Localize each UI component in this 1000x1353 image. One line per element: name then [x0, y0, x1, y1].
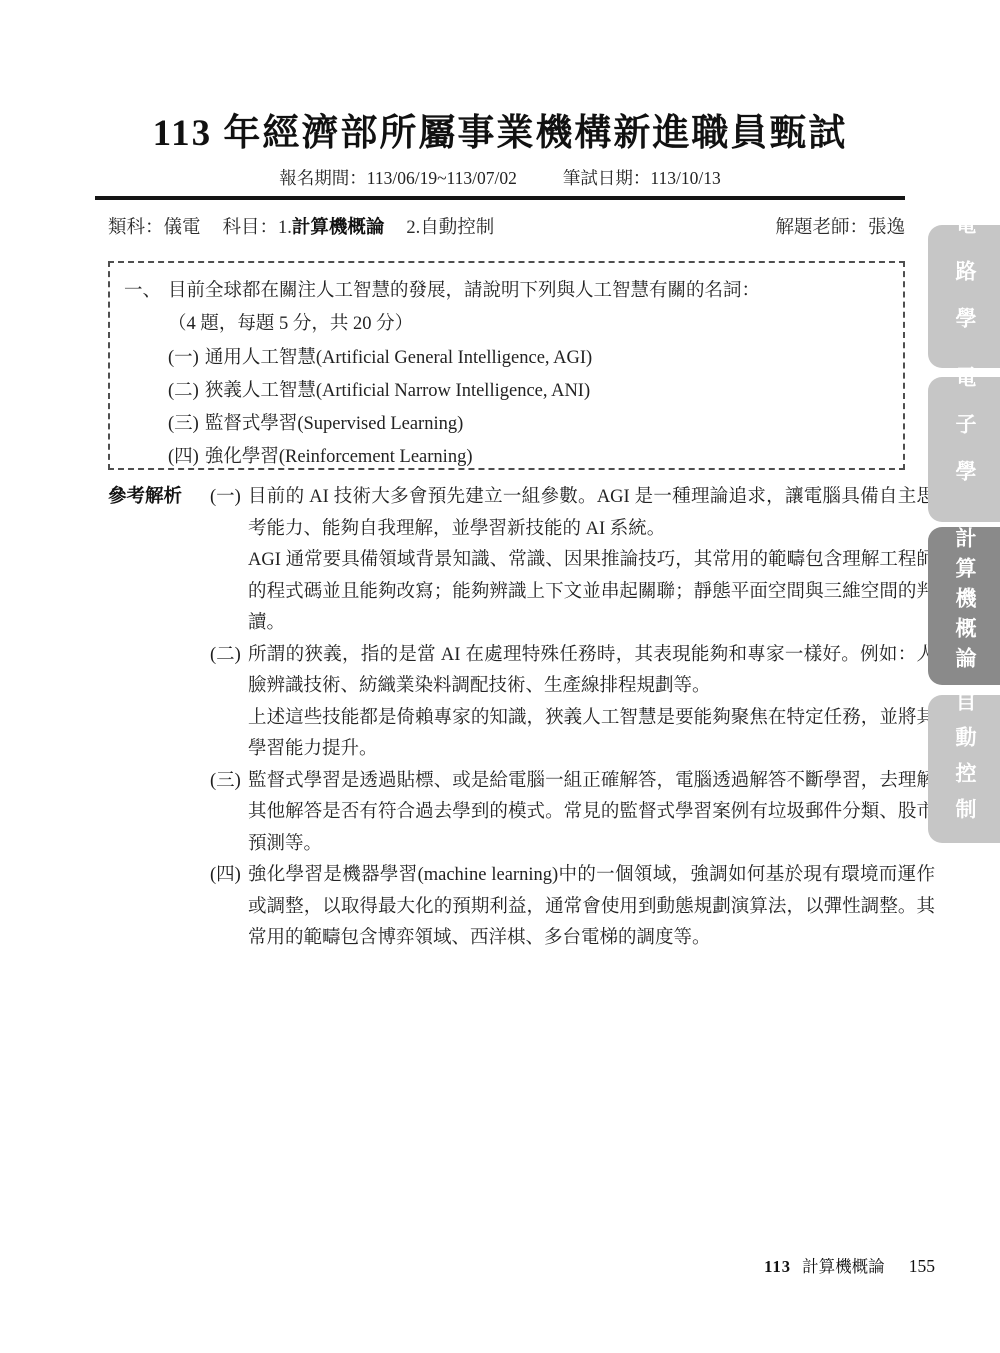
item-text: 監督式學習(Supervised Learning) — [205, 414, 463, 434]
tab-computer-science-active[interactable]: 計算機概論 — [928, 527, 1000, 685]
question-item: (四)強化學習(Reinforcement Learning) — [168, 441, 889, 474]
answer-label: 參考解析 — [108, 482, 184, 955]
answer-paragraph: AGI 通常要具備領域背景知識、常識、因果推論技巧，其常用的範疇包含理解工程師的… — [248, 545, 935, 640]
item-text: 通用人工智慧(Artificial General Intelligence, … — [205, 348, 592, 368]
tab-electronics[interactable]: 電子學 — [928, 377, 1000, 522]
instructor-label: 解題老師：張逸 — [775, 213, 905, 239]
tab-label: 電子學 — [949, 366, 979, 507]
answer-part-number: (二) — [210, 640, 248, 766]
exam-dates: 報名期間：113/06/19~113/07/02 筆試日期：113/10/13 — [95, 165, 905, 190]
answer-part-number: (一) — [210, 482, 248, 640]
answer-part-number: (四) — [210, 860, 248, 955]
page-number: 155 — [909, 1256, 935, 1276]
answer-paragraphs: 目前的 AI 技術大多會預先建立一組參數。AGI 是一種理論追求，讓電腦具備自主… — [248, 482, 935, 640]
answer-section: 參考解析 (一) 目前的 AI 技術大多會預先建立一組參數。AGI 是一種理論追… — [108, 482, 935, 955]
answer-part-4: (四) 強化學習是機器學習(machine learning)中的一個領域，強調… — [210, 860, 935, 955]
question-number: 一、 — [124, 275, 168, 308]
answer-paragraph: 強化學習是機器學習(machine learning)中的一個領域，強調如何基於… — [248, 860, 935, 955]
footer-subject: 計算機概論 — [802, 1257, 885, 1276]
answer-paragraph: 上述這些技能都是倚賴專家的知識，狹義人工智慧是要能夠聚焦在特定任務，並將其學習能… — [248, 703, 935, 766]
question-box: 一、 目前全球都在關注人工智慧的發展，請說明下列與人工智慧有關的名詞： （4 題… — [108, 261, 905, 470]
exam-solution-page: 113 年經濟部所屬事業機構新進職員甄試 報名期間：113/06/19~113/… — [0, 0, 1000, 1353]
item-text: 強化學習(Reinforcement Learning) — [205, 447, 473, 467]
header-divider — [95, 196, 905, 200]
question-item: (三)監督式學習(Supervised Learning) — [168, 408, 889, 441]
item-number: (一) — [168, 348, 199, 368]
question-score-note: （4 題，每題 5 分，共 20 分） — [168, 308, 889, 341]
tab-circuit-theory[interactable]: 電路學 — [928, 225, 1000, 368]
answer-paragraph: 監督式學習是透過貼標、或是給電腦一組正確解答，電腦透過解答不斷學習，去理解其他解… — [248, 766, 935, 861]
written-exam-date: 筆試日期：113/10/13 — [563, 165, 721, 190]
meta-row: 類科：儀電 科目：1. 計算機概論 2.自動控制 解題老師：張逸 — [108, 213, 905, 239]
answer-paragraph: 目前的 AI 技術大多會預先建立一組參數。AGI 是一種理論追求，讓電腦具備自主… — [248, 482, 935, 545]
question-item: (二)狹義人工智慧(Artificial Narrow Intelligence… — [168, 375, 889, 408]
subject-prefix: 科目：1. — [223, 213, 292, 239]
answer-part-2: (二) 所謂的狹義，指的是當 AI 在處理特殊任務時，其表現能夠和專家一樣好。例… — [210, 640, 935, 766]
page-footer: 113 計算機概論 155 — [95, 1253, 935, 1277]
subject-main: 計算機概論 — [292, 213, 385, 239]
tab-label: 自動控制 — [949, 690, 979, 834]
subject-secondary: 2.自動控制 — [406, 213, 494, 239]
tab-label: 計算機概論 — [949, 527, 979, 677]
question-stem: 目前全球都在關注人工智慧的發展，請說明下列與人工智慧有關的名詞： — [168, 275, 760, 308]
category-label: 類科：儀電 — [108, 213, 201, 239]
item-number: (二) — [168, 381, 199, 401]
tab-label: 電路學 — [949, 213, 979, 354]
answer-paragraphs: 強化學習是機器學習(machine learning)中的一個領域，強調如何基於… — [248, 860, 935, 955]
question-stem-row: 一、 目前全球都在關注人工智慧的發展，請說明下列與人工智慧有關的名詞： — [124, 275, 889, 308]
question-item: (一)通用人工智慧(Artificial General Intelligenc… — [168, 342, 889, 375]
spacer — [384, 213, 406, 239]
answer-part-number: (三) — [210, 766, 248, 861]
item-text: 狹義人工智慧(Artificial Narrow Intelligence, A… — [205, 381, 590, 401]
page-header: 113 年經濟部所屬事業機構新進職員甄試 報名期間：113/06/19~113/… — [95, 102, 905, 190]
answer-body: (一) 目前的 AI 技術大多會預先建立一組參數。AGI 是一種理論追求，讓電腦… — [210, 482, 935, 955]
item-number: (三) — [168, 414, 199, 434]
question-items: (一)通用人工智慧(Artificial General Intelligenc… — [168, 342, 889, 474]
answer-part-1: (一) 目前的 AI 技術大多會預先建立一組參數。AGI 是一種理論追求，讓電腦… — [210, 482, 935, 640]
item-number: (四) — [168, 447, 199, 467]
answer-paragraphs: 所謂的狹義，指的是當 AI 在處理特殊任務時，其表現能夠和專家一樣好。例如：人臉… — [248, 640, 935, 766]
answer-paragraphs: 監督式學習是透過貼標、或是給電腦一組正確解答，電腦透過解答不斷學習，去理解其他解… — [248, 766, 935, 861]
footer-year: 113 — [764, 1257, 791, 1276]
subject-info: 類科：儀電 科目：1. 計算機概論 2.自動控制 — [108, 213, 494, 239]
registration-period: 報名期間：113/06/19~113/07/02 — [279, 165, 517, 190]
answer-part-3: (三) 監督式學習是透過貼標、或是給電腦一組正確解答，電腦透過解答不斷學習，去理… — [210, 766, 935, 861]
tab-automatic-control[interactable]: 自動控制 — [928, 695, 1000, 843]
spacer — [201, 213, 223, 239]
answer-paragraph: 所謂的狹義，指的是當 AI 在處理特殊任務時，其表現能夠和專家一樣好。例如：人臉… — [248, 640, 935, 703]
page-title: 113 年經濟部所屬事業機構新進職員甄試 — [95, 102, 905, 156]
